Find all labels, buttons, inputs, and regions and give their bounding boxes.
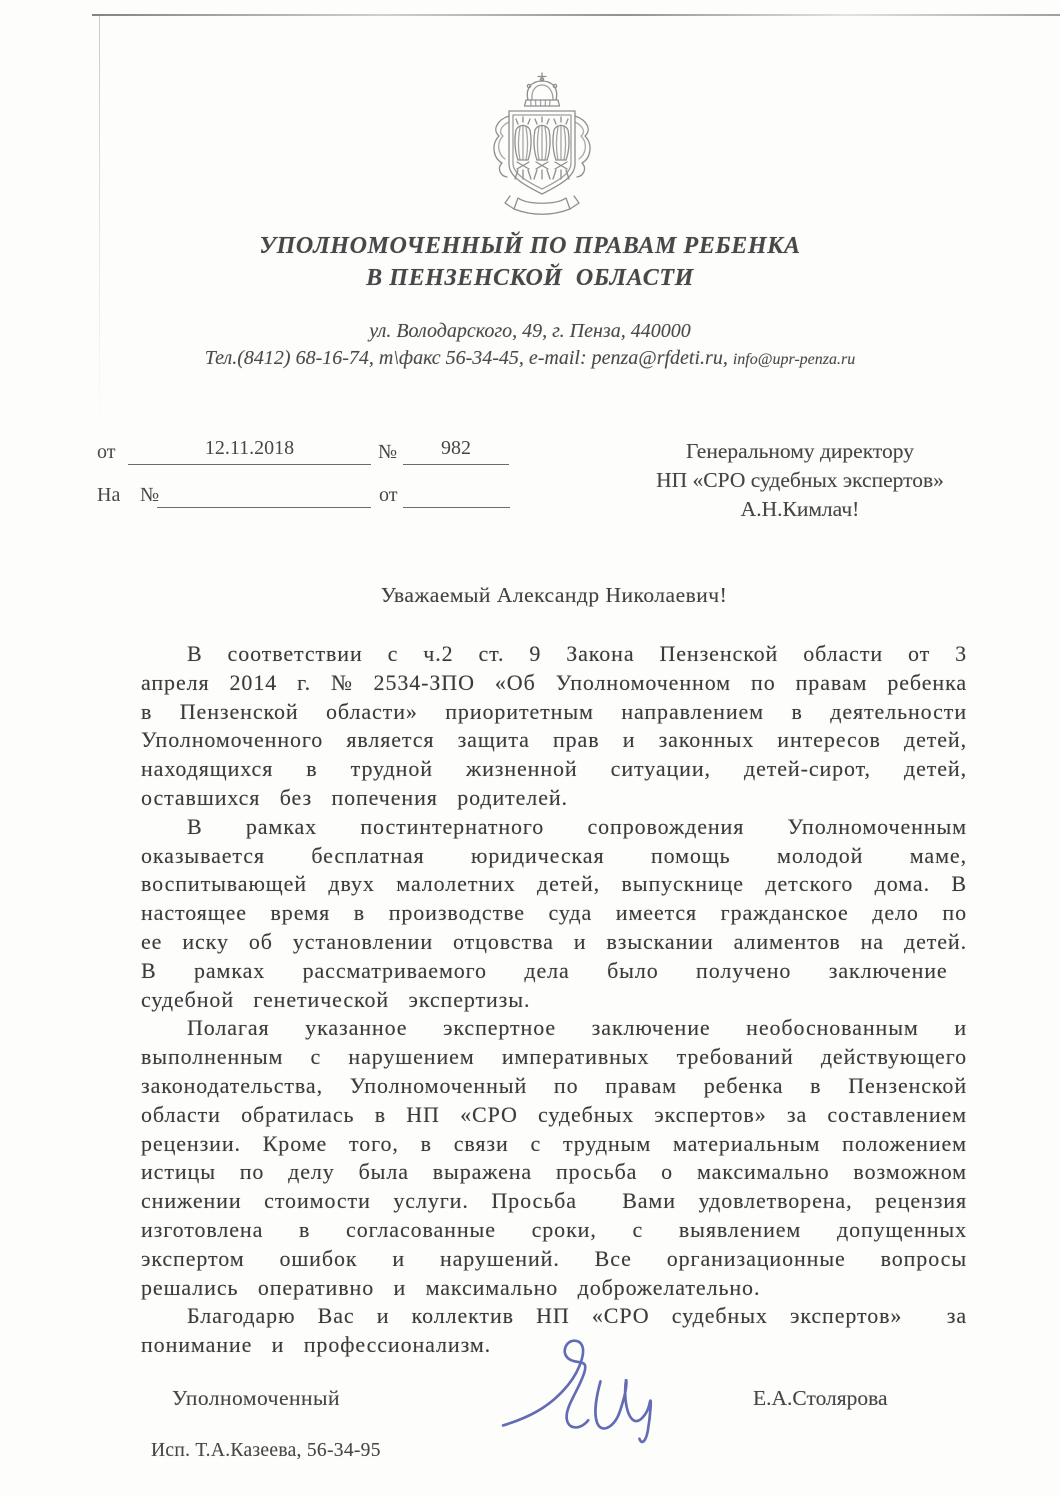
- executor-line: Исп. Т.А.Казеева, 56-34-95: [151, 1440, 381, 1462]
- ref-from-label: от: [97, 441, 115, 464]
- org-contacts-main: Тел.(8412) 68-16-74, т\факс 56-34-45, e-…: [205, 347, 728, 369]
- salutation: Уважаемый Александр Николаевич!: [140, 583, 968, 608]
- handwritten-signature-icon: [498, 1328, 703, 1446]
- org-name: УПОЛНОМОЧЕННЫЙ ПО ПРАВАМ РЕБЕНКА В ПЕНЗЕ…: [0, 230, 1060, 294]
- recipient-position: Генеральному директору: [628, 437, 972, 466]
- org-address: ул. Володарского, 49, г. Пенза, 440000: [0, 320, 1060, 343]
- letter-body: В соответствии с ч.2 ст. 9 Закона Пензен…: [141, 640, 967, 1360]
- org-contacts-email-secondary: info@upr-penza.ru: [733, 351, 855, 368]
- scan-edge-artifact-left: [99, 15, 100, 435]
- penza-coat-of-arms-icon: [482, 70, 602, 222]
- ref-reply-date-field: [403, 480, 510, 508]
- org-contacts: Тел.(8412) 68-16-74, т\факс 56-34-45, e-…: [0, 347, 1060, 370]
- ref-reply-number-field: [157, 480, 371, 508]
- signer-position: Уполномоченный: [172, 1386, 340, 1411]
- paragraph-2: В рамках постинтернатного сопровождения …: [141, 813, 967, 1015]
- org-name-line1: УПОЛНОМОЧЕННЫЙ ПО ПРАВАМ РЕБЕНКА: [0, 230, 1060, 262]
- scanned-letter-page: УПОЛНОМОЧЕННЫЙ ПО ПРАВАМ РЕБЕНКА В ПЕНЗЕ…: [0, 0, 1060, 1497]
- ref-reply-na-label: На: [97, 484, 120, 507]
- paragraph-3: Полагая указанное экспертное заключение …: [141, 1014, 967, 1302]
- recipient-name: А.Н.Кимлач!: [628, 495, 972, 524]
- signer-name: Е.А.Столярова: [753, 1386, 888, 1411]
- org-name-line2: В ПЕНЗЕНСКОЙ ОБЛАСТИ: [0, 262, 1060, 294]
- recipient-block: Генеральному директору НП «СРО судебных …: [628, 437, 972, 524]
- paragraph-1: В соответствии с ч.2 ст. 9 Закона Пензен…: [141, 640, 967, 813]
- ref-number-field: 982: [403, 437, 509, 465]
- scan-edge-artifact-top: [92, 14, 1060, 16]
- ref-date-field: 12.11.2018: [128, 437, 371, 465]
- ref-reply-from-label: от: [379, 484, 397, 507]
- ref-number-label: №: [378, 441, 397, 464]
- recipient-organization: НП «СРО судебных экспертов»: [628, 466, 972, 495]
